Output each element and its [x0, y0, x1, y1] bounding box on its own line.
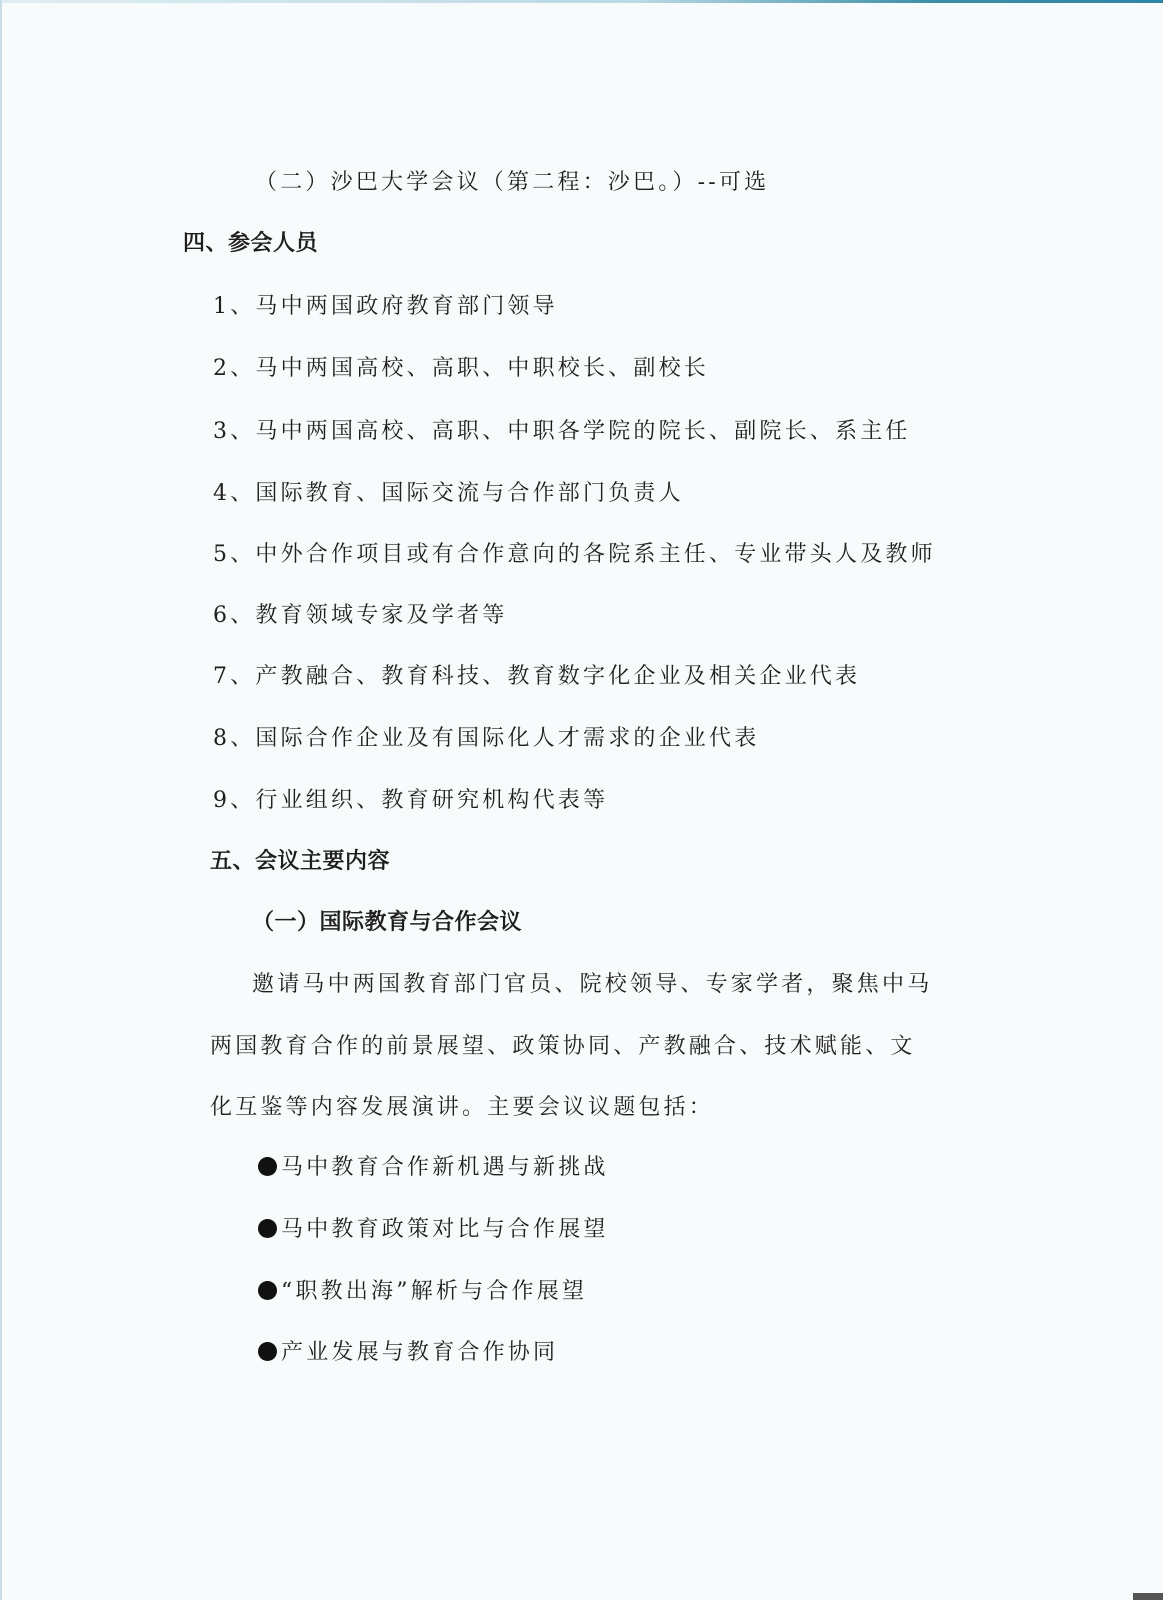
list-item: 2、马中两国高校、高职、中职校长、副校长: [213, 354, 709, 384]
list-item: 4、国际教育、国际交流与合作部门负责人: [213, 479, 684, 509]
section-heading-participants: 四、参会人员: [183, 229, 318, 259]
topic-text: 产业发展与教育合作协同: [281, 1340, 558, 1365]
topic-text: 马中教育合作新机遇与新挑战: [281, 1155, 609, 1180]
scan-corner-mark: [1133, 1593, 1163, 1600]
list-item: 5、中外合作项目或有合作意向的各院系主任、专业带头人及教师: [213, 540, 936, 570]
paragraph-line: 化互鉴等内容发展演讲。主要会议议题包括：: [210, 1093, 714, 1123]
topic-bullet: “职教出海”解析与合作展望: [258, 1277, 587, 1307]
scanned-page: （二）沙巴大学会议（第二程：沙巴。）--可选 四、参会人员 1、马中两国政府教育…: [0, 0, 1163, 1600]
list-item: 3、马中两国高校、高职、中职各学院的院长、副院长、系主任: [213, 417, 911, 447]
list-item: 9、行业组织、教育研究机构代表等: [213, 786, 608, 816]
topic-bullet: 产业发展与教育合作协同: [258, 1338, 558, 1368]
topic-text: 马中教育政策对比与合作展望: [281, 1217, 609, 1242]
bullet-icon: [258, 1219, 277, 1238]
sub-item-sabah-university-meeting: （二）沙巴大学会议（第二程：沙巴。）--可选: [255, 168, 769, 198]
list-item: 7、产教融合、教育科技、教育数字化企业及相关企业代表: [213, 662, 860, 692]
subsection-heading-international-education: （一）国际教育与合作会议: [252, 908, 522, 938]
topic-bullet: 马中教育合作新机遇与新挑战: [258, 1153, 609, 1183]
section-heading-main-content: 五、会议主要内容: [210, 847, 390, 877]
list-item: 8、国际合作企业及有国际化人才需求的企业代表: [213, 724, 759, 754]
topic-bullet: 马中教育政策对比与合作展望: [258, 1215, 609, 1245]
scan-top-edge: [0, 0, 1163, 3]
scan-left-edge: [0, 0, 2, 1600]
bullet-icon: [258, 1281, 277, 1300]
bullet-icon: [258, 1157, 277, 1176]
paragraph-line: 两国教育合作的前景展望、政策协同、产教融合、技术赋能、文: [210, 1032, 916, 1062]
topic-text: “职教出海”解析与合作展望: [281, 1279, 587, 1304]
list-item: 1、马中两国政府教育部门领导: [213, 292, 558, 322]
paragraph-line: 邀请马中两国教育部门官员、院校领导、专家学者，聚焦中马: [252, 970, 932, 1000]
bullet-icon: [258, 1342, 277, 1361]
list-item: 6、教育领域专家及学者等: [213, 601, 507, 631]
